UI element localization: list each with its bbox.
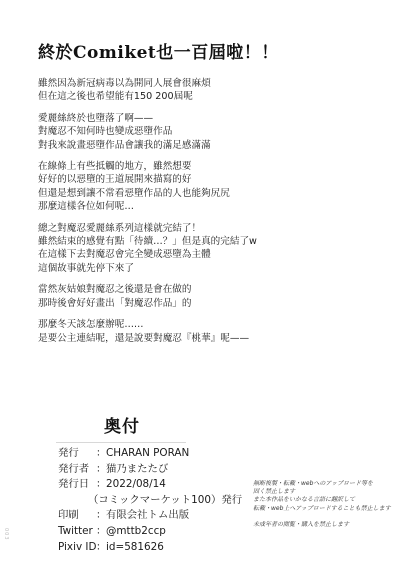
text-line: 當然灰姑娘對魔忍之後還是會在做的 bbox=[38, 283, 338, 296]
afterword-paragraph: 在線條上有些抵觸的地方，雖然想要 好好的以惡墮的王道展開來描寫的好 但還是想到讓… bbox=[38, 160, 338, 214]
afterword-paragraph: 雖然因為新冠病毒以為開同人展會很麻煩 但在這之後也希望能有150 200屆呢 bbox=[38, 77, 338, 104]
text-line: 在這樣下去對魔忍會完全變成惡墮為主體 bbox=[38, 248, 338, 261]
colophon-label: 印刷 bbox=[58, 508, 96, 524]
text-line: 雖然結束的感覺有點「待續…？」但是真的完結了w bbox=[38, 235, 338, 248]
afterword-body: 雖然因為新冠病毒以為開同人展會很麻煩 但在這之後也希望能有150 200屆呢 愛… bbox=[38, 77, 338, 353]
colophon-value: @mttb2ccp bbox=[106, 524, 166, 540]
notice-spacer bbox=[253, 513, 391, 521]
text-line: 那麼冬天該怎麼辦呢…… bbox=[38, 318, 338, 331]
colophon-value: 猫乃またたび bbox=[106, 462, 168, 478]
colophon-row-printer: 印刷 ： 有限会社トム出版 bbox=[58, 508, 242, 524]
colophon-value: （コミックマーケット100）発行 bbox=[88, 493, 242, 509]
afterword-paragraph: 那麼冬天該怎麼辦呢…… 是要公主連結呢，還是說要對魔忍『桃華』呢—— bbox=[38, 318, 338, 345]
text-line: 那時後會好好畫出「對魔忍作品」的 bbox=[38, 297, 338, 310]
text-line: 雖然因為新冠病毒以為開同人展會很麻煩 bbox=[38, 77, 338, 90]
colophon-label: 発行者 bbox=[58, 462, 96, 478]
colophon-label: Pixiv ID bbox=[58, 540, 96, 556]
colophon-value: 2022/08/14 bbox=[106, 477, 166, 493]
colophon-value: 有限会社トム出版 bbox=[106, 508, 189, 524]
colophon-title: 奥付 bbox=[104, 412, 140, 437]
afterword-paragraph: 當然灰姑娘對魔忍之後還是會在做的 那時後會好好畫出「對魔忍作品」的 bbox=[38, 283, 338, 310]
text-line: 對魔忍不知何時也變成惡墮作品 bbox=[38, 125, 338, 138]
notice-minor-line: 未成年者の閲覧・購入を禁止します bbox=[253, 521, 391, 529]
afterword-paragraph: 總之對魔忍愛麗絲系列這樣就完結了！ 雖然結束的感覺有點「待續…？」但是真的完結了… bbox=[38, 222, 338, 276]
afterword-title: 終於Comiket也一百屆啦！！ bbox=[38, 38, 279, 63]
colophon-row-pixiv: Pixiv ID ： id=581626 bbox=[58, 540, 242, 556]
notice-line: 無断複製・転載・webへのアップロード等を bbox=[253, 480, 391, 488]
colophon-separator: ： bbox=[96, 524, 106, 540]
colophon-value: id=581626 bbox=[106, 540, 164, 556]
colophon-list: 発行 ： CHARAN PORAN 発行者 ： 猫乃またたび 発行日 ： 202… bbox=[58, 446, 242, 555]
text-line: 那麼這樣各位如何呢… bbox=[38, 200, 338, 213]
text-line: 但還是想到讓不常看惡墮作品的人也能夠尻尻 bbox=[38, 187, 338, 200]
colophon-label: Twitter bbox=[58, 524, 96, 540]
colophon-separator: ： bbox=[96, 462, 106, 478]
page-gutter-mark: 003 bbox=[3, 528, 9, 541]
text-line: 在線條上有些抵觸的地方，雖然想要 bbox=[38, 160, 338, 173]
colophon-divider bbox=[56, 442, 186, 443]
colophon-separator: ： bbox=[96, 477, 106, 493]
text-line: 對我來說畫惡墮作品會讓我的滿足感滿滿 bbox=[38, 139, 338, 152]
colophon-separator: ： bbox=[96, 508, 106, 524]
text-line: 總之對魔忍愛麗絲系列這樣就完結了！ bbox=[38, 222, 338, 235]
book-page: 終於Comiket也一百屆啦！！ 雖然因為新冠病毒以為開同人展會很麻煩 但在這之… bbox=[0, 0, 400, 565]
colophon-separator: ： bbox=[96, 446, 106, 462]
colophon-label: 発行日 bbox=[58, 477, 96, 493]
colophon-row-twitter: Twitter ： @mttb2ccp bbox=[58, 524, 242, 540]
text-line: 愛麗絲終於也墮落了啊—— bbox=[38, 112, 338, 125]
notice-line: 転載・web上へアップロードすることも禁止します bbox=[253, 505, 391, 513]
text-line: 這個故事就先停下來了 bbox=[38, 262, 338, 275]
colophon-row-publisher: 発行 ： CHARAN PORAN bbox=[58, 446, 242, 462]
colophon-row-date: 発行日 ： 2022/08/14 bbox=[58, 477, 242, 493]
colophon-row-author: 発行者 ： 猫乃またたび bbox=[58, 462, 242, 478]
afterword-paragraph: 愛麗絲終於也墮落了啊—— 對魔忍不知何時也變成惡墮作品 對我來說畫惡墮作品會讓我… bbox=[38, 112, 338, 152]
copyright-notice: 無断複製・転載・webへのアップロード等を 固く禁止します また本作品をいかなる… bbox=[253, 480, 391, 529]
notice-line: また本作品をいかなる言語に翻訳して bbox=[253, 496, 391, 504]
colophon-value: CHARAN PORAN bbox=[106, 446, 189, 462]
colophon-separator: ： bbox=[96, 540, 106, 556]
text-line: 好好的以惡墮的王道展開來描寫的好 bbox=[38, 173, 338, 186]
text-line: 但在這之後也希望能有150 200屆呢 bbox=[38, 90, 338, 103]
colophon-label: 発行 bbox=[58, 446, 96, 462]
text-line: 是要公主連結呢，還是說要對魔忍『桃華』呢—— bbox=[38, 332, 338, 345]
colophon-row-event: （コミックマーケット100）発行 bbox=[58, 493, 242, 509]
